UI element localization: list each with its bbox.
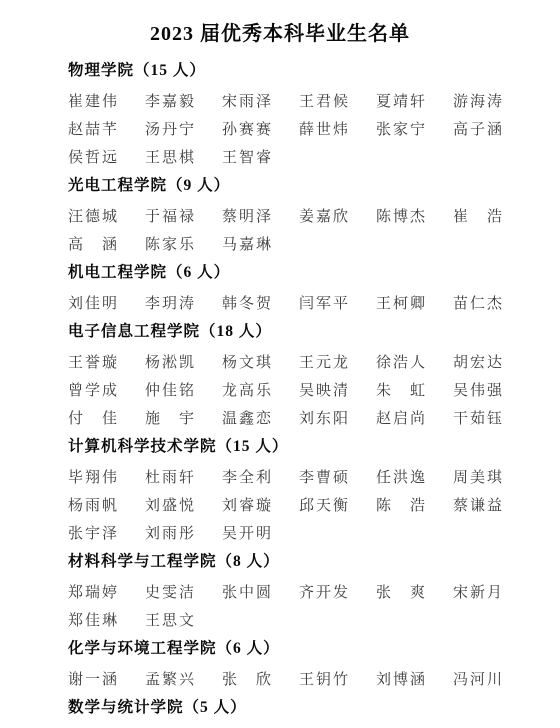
name-cell: 杨淞凯 xyxy=(145,351,222,372)
name-cell: 蔡谦益 xyxy=(453,494,530,515)
name-cell: 刘博涵 xyxy=(376,668,453,689)
name-cell: 王君候 xyxy=(299,90,376,111)
name-cell: 李玥涛 xyxy=(145,292,222,313)
section: 材料科学与工程学院（8 人）郑瑞婷史雯洁张中圆齐开发张 爽宋新月郑佳琳王思文 xyxy=(68,547,530,633)
name-cell: 王柯卿 xyxy=(376,292,453,313)
name-row: 毕翔伟杜雨轩李全利李曹硕任洪逸周美琪 xyxy=(68,462,530,490)
name-cell: 郑佳琳 xyxy=(68,609,145,630)
name-cell: 崔建伟 xyxy=(68,90,145,111)
name-cell: 胡宏达 xyxy=(453,351,530,372)
name-cell: 蔡明泽 xyxy=(222,205,299,226)
name-cell: 赵喆芊 xyxy=(68,118,145,139)
name-row: 汪德城于福禄蔡明泽姜嘉欣陈博杰崔 浩 xyxy=(68,201,530,229)
name-cell: 杨雨帆 xyxy=(68,494,145,515)
name-cell: 苗仁杰 xyxy=(453,292,530,313)
name-cell: 宋雨泽 xyxy=(222,90,299,111)
name-cell: 陈家乐 xyxy=(145,233,222,254)
section: 电子信息工程学院（18 人）王誉璇杨淞凯杨文琪王元龙徐浩人胡宏达曾学成仲佳铭龙高… xyxy=(68,317,530,431)
name-cell: 汪德城 xyxy=(68,205,145,226)
section-heading: 光电工程学院（9 人） xyxy=(68,171,530,201)
section: 物理学院（15 人）崔建伟李嘉毅宋雨泽王君候夏靖轩游海涛赵喆芊汤丹宁孙赛赛薛世炜… xyxy=(68,56,530,170)
name-cell: 仲佳铭 xyxy=(145,379,222,400)
name-cell: 闫军平 xyxy=(299,292,376,313)
name-cell: 刘佳明 xyxy=(68,292,145,313)
name-cell: 王钥竹 xyxy=(299,668,376,689)
name-cell: 张家宁 xyxy=(376,118,453,139)
name-cell: 史雯洁 xyxy=(145,581,222,602)
name-cell: 谢一涵 xyxy=(68,668,145,689)
name-cell: 崔 浩 xyxy=(453,205,530,226)
name-cell: 张宇泽 xyxy=(68,522,145,543)
section-heading: 化学与环境工程学院（6 人） xyxy=(68,634,530,664)
name-cell: 王智睿 xyxy=(222,146,299,167)
name-row: 谢一涵孟繁兴张 欣王钥竹刘博涵冯河川 xyxy=(68,664,530,692)
name-cell: 薛世炜 xyxy=(299,118,376,139)
name-cell: 任洪逸 xyxy=(376,466,453,487)
name-row: 张宇泽刘雨彤吴开明 xyxy=(68,518,530,546)
name-cell: 孟繁兴 xyxy=(145,668,222,689)
name-cell: 干茹钰 xyxy=(453,407,530,428)
name-cell: 刘东阳 xyxy=(299,407,376,428)
section-heading: 机电工程学院（6 人） xyxy=(68,258,530,288)
name-cell: 姜嘉欣 xyxy=(299,205,376,226)
name-row: 郑瑞婷史雯洁张中圆齐开发张 爽宋新月 xyxy=(68,577,530,605)
name-row: 曾学成仲佳铭龙高乐吴映清朱 虹吴伟强 xyxy=(68,375,530,403)
name-cell: 吴伟强 xyxy=(453,379,530,400)
section-heading: 电子信息工程学院（18 人） xyxy=(68,317,530,347)
name-cell: 曾学成 xyxy=(68,379,145,400)
name-cell: 齐开发 xyxy=(299,581,376,602)
name-cell: 高子涵 xyxy=(453,118,530,139)
name-cell: 徐浩人 xyxy=(376,351,453,372)
name-cell: 陈 浩 xyxy=(376,494,453,515)
name-cell: 王思文 xyxy=(145,609,222,630)
name-cell: 于福禄 xyxy=(145,205,222,226)
name-row: 侯哲远王思棋王智睿 xyxy=(68,142,530,170)
section-heading: 材料科学与工程学院（8 人） xyxy=(68,547,530,577)
name-row: 王誉璇杨淞凯杨文琪王元龙徐浩人胡宏达 xyxy=(68,347,530,375)
document-page: 2023 届优秀本科毕业生名单 物理学院（15 人）崔建伟李嘉毅宋雨泽王君候夏靖… xyxy=(0,0,560,728)
name-cell: 张中圆 xyxy=(222,581,299,602)
name-cell: 吴开明 xyxy=(222,522,299,543)
name-cell: 汤丹宁 xyxy=(145,118,222,139)
name-cell: 王思棋 xyxy=(145,146,222,167)
section: 光电工程学院（9 人）汪德城于福禄蔡明泽姜嘉欣陈博杰崔 浩高 涵陈家乐马嘉琳 xyxy=(68,171,530,257)
name-cell: 吴映清 xyxy=(299,379,376,400)
name-row: 付 佳施 宇温鑫恋刘东阳赵启尚干茹钰 xyxy=(68,403,530,431)
name-cell: 夏靖轩 xyxy=(376,90,453,111)
name-cell: 郑瑞婷 xyxy=(68,581,145,602)
name-row: 赵喆芊汤丹宁孙赛赛薛世炜张家宁高子涵 xyxy=(68,114,530,142)
name-cell: 周美琪 xyxy=(453,466,530,487)
name-cell: 刘盛悦 xyxy=(145,494,222,515)
name-cell: 杨文琪 xyxy=(222,351,299,372)
name-cell: 韩冬贺 xyxy=(222,292,299,313)
name-cell: 刘睿璇 xyxy=(222,494,299,515)
section-heading: 数学与统计学院（5 人） xyxy=(68,693,530,723)
name-cell: 龙高乐 xyxy=(222,379,299,400)
sections-container: 物理学院（15 人）崔建伟李嘉毅宋雨泽王君候夏靖轩游海涛赵喆芊汤丹宁孙赛赛薛世炜… xyxy=(0,56,560,723)
name-cell: 游海涛 xyxy=(453,90,530,111)
name-row: 高 涵陈家乐马嘉琳 xyxy=(68,229,530,257)
name-cell: 刘雨彤 xyxy=(145,522,222,543)
name-cell: 毕翔伟 xyxy=(68,466,145,487)
name-row: 杨雨帆刘盛悦刘睿璇邱天衡陈 浩蔡谦益 xyxy=(68,490,530,518)
name-cell: 王誉璇 xyxy=(68,351,145,372)
section-heading: 物理学院（15 人） xyxy=(68,56,530,86)
name-cell: 赵启尚 xyxy=(376,407,453,428)
name-cell: 孙赛赛 xyxy=(222,118,299,139)
name-cell: 宋新月 xyxy=(453,581,530,602)
name-cell: 李全利 xyxy=(222,466,299,487)
page-title: 2023 届优秀本科毕业生名单 xyxy=(0,20,560,48)
name-cell: 陈博杰 xyxy=(376,205,453,226)
name-cell: 付 佳 xyxy=(68,407,145,428)
section: 机电工程学院（6 人）刘佳明李玥涛韩冬贺闫军平王柯卿苗仁杰 xyxy=(68,258,530,316)
name-cell: 王元龙 xyxy=(299,351,376,372)
name-cell: 李嘉毅 xyxy=(145,90,222,111)
section: 化学与环境工程学院（6 人）谢一涵孟繁兴张 欣王钥竹刘博涵冯河川 xyxy=(68,634,530,692)
section: 数学与统计学院（5 人） xyxy=(68,693,530,723)
name-cell: 张 欣 xyxy=(222,668,299,689)
name-cell: 张 爽 xyxy=(376,581,453,602)
name-row: 郑佳琳王思文 xyxy=(68,605,530,633)
name-cell: 朱 虹 xyxy=(376,379,453,400)
section-heading: 计算机科学技术学院（15 人） xyxy=(68,432,530,462)
name-row: 刘佳明李玥涛韩冬贺闫军平王柯卿苗仁杰 xyxy=(68,288,530,316)
name-row: 崔建伟李嘉毅宋雨泽王君候夏靖轩游海涛 xyxy=(68,86,530,114)
name-cell: 马嘉琳 xyxy=(222,233,299,254)
name-cell: 邱天衡 xyxy=(299,494,376,515)
name-cell: 冯河川 xyxy=(453,668,530,689)
name-cell: 侯哲远 xyxy=(68,146,145,167)
name-cell: 李曹硕 xyxy=(299,466,376,487)
name-cell: 施 宇 xyxy=(145,407,222,428)
name-cell: 温鑫恋 xyxy=(222,407,299,428)
name-cell: 高 涵 xyxy=(68,233,145,254)
section: 计算机科学技术学院（15 人）毕翔伟杜雨轩李全利李曹硕任洪逸周美琪杨雨帆刘盛悦刘… xyxy=(68,432,530,546)
name-cell: 杜雨轩 xyxy=(145,466,222,487)
